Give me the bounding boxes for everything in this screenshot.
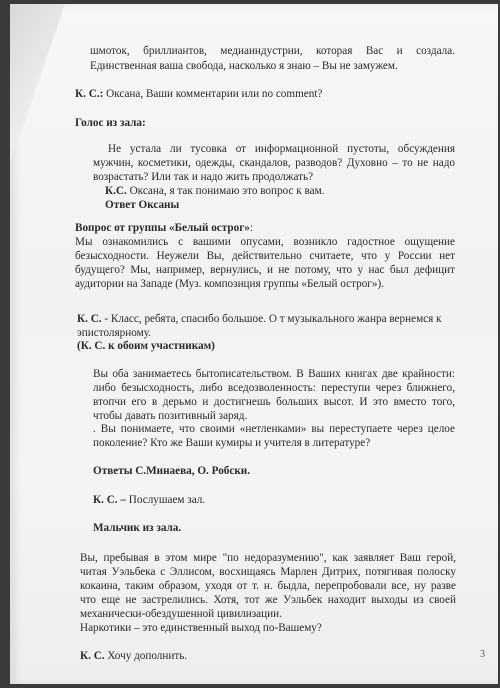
speaker-label: К. С.: [77, 313, 102, 325]
speaker-label: К. С.: [80, 650, 105, 662]
paragraph-line: Наркотики – это единственный выход по-Ва…: [80, 622, 322, 635]
paragraph-line: возрастать? Или так и надо жить продолжа…: [93, 171, 313, 184]
speaker-line: К. С. – Послушаем зал.: [93, 494, 205, 507]
paragraph-line: кокаина, таким образом, уходя от т. н. б…: [80, 580, 456, 593]
speaker-label: К. С.:: [75, 88, 103, 100]
paragraph-line: Вы оба занимаетесь бытописательством. В …: [93, 368, 455, 381]
speaker-line: К. С. - Класс, ребята, спасибо большое. …: [77, 313, 442, 326]
paragraph-line: эпистолярному.: [77, 327, 151, 340]
speaker-text: Оксана, Ваши комментарии или no comment?: [106, 88, 322, 100]
stage-note: (К. С. к обоим участникам): [77, 340, 215, 353]
speaker-text: Оксана, я так понимаю это вопрос к вам.: [130, 185, 325, 197]
speaker-text: - Класс, ребята, спасибо большое. О т му…: [102, 313, 442, 325]
paragraph-line: . Вы понимаете, что своими «нетленками» …: [93, 423, 455, 436]
paragraph-line: мужчин, косметики, одежды, скандалов, ра…: [93, 157, 455, 170]
speaker-text: Хочу дополнить.: [107, 650, 187, 662]
paragraph-line: будущего? Мы, например, вернулись, и не …: [75, 264, 455, 277]
paragraph-line: либо безысходность, либо вседозволенност…: [93, 382, 455, 395]
paragraph-line: поколение? Кто же Ваши кумиры и учителя …: [93, 437, 370, 450]
section-heading: Ответы С.Минаева, О. Робски.: [93, 465, 250, 478]
section-heading-line: Вопрос от группы «Белый острог»:: [75, 222, 253, 235]
paragraph-line: Не устала ли тусовка от информационной п…: [108, 143, 455, 156]
paragraph-line: Единственная ваша свобода, насколько я з…: [90, 60, 398, 73]
paragraph-line: аудитории на Западе (Муз. композиция гру…: [75, 278, 384, 291]
paragraph-line: читая Уэльбека с Эллисом, восхищаясь Мар…: [80, 566, 456, 579]
heading-colon: :: [250, 222, 253, 234]
paragraph-line: безысходности. Неужели Вы, действительно…: [75, 250, 455, 263]
page-number: 3: [480, 649, 485, 660]
paragraph-line: механически-обездушенной цивилизации.: [80, 608, 282, 621]
paragraph-line: что еще не застрелились. Хотя, тот же Уэ…: [80, 594, 456, 607]
speaker-label: К.С.: [105, 185, 127, 197]
section-heading: Вопрос от группы «Белый острог»: [75, 222, 250, 234]
section-heading: Голос из зала:: [75, 117, 146, 130]
paragraph-line: втопчи его в дерьмо и достигнешь больших…: [93, 396, 455, 409]
speaker-label: К. С. –: [93, 494, 126, 506]
section-heading: Ответ Оксаны: [105, 199, 179, 212]
paragraph-line: чтобы давать позитивный заряд.: [93, 410, 247, 423]
section-heading: Мальчик из зала.: [93, 522, 181, 535]
paragraph-line: шмоток, бриллиантов, медиаиндустрии, кот…: [90, 45, 455, 58]
speaker-line: К. С.: Оксана, Ваши комментарии или no c…: [75, 88, 322, 101]
paragraph-line: Вы, пребывая в этом мире "по недоразумен…: [80, 552, 456, 565]
speaker-text: Послушаем зал.: [129, 494, 205, 506]
paragraph-line: Мы ознакомились с вашими опусами, возник…: [75, 236, 455, 249]
speaker-line: К. С. Хочу дополнить.: [80, 650, 187, 663]
speaker-line: К.С. Оксана, я так понимаю это вопрос к …: [105, 185, 324, 198]
